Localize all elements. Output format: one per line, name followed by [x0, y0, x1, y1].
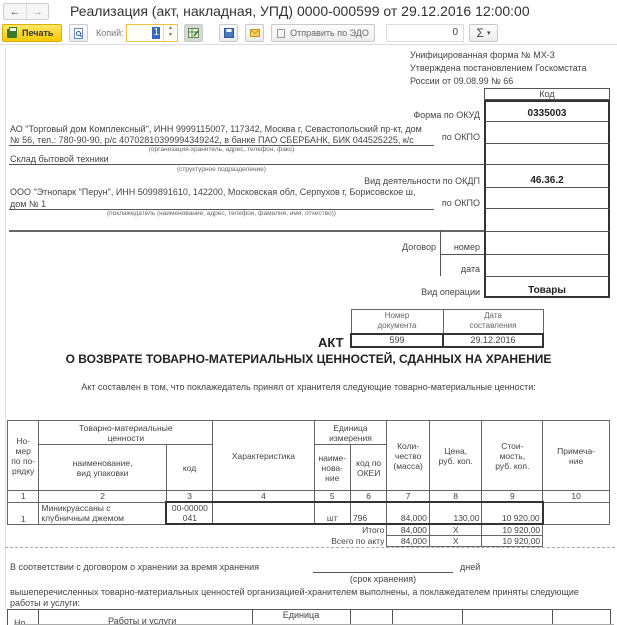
- table-row: 1 Миникруассаны склубничным джемом 00-00…: [8, 502, 610, 524]
- code-row-divider: [485, 187, 609, 188]
- services-line-2: работы и услуги:: [10, 598, 80, 608]
- doc-date-header: Датасоставления: [443, 310, 543, 334]
- operation-label: Вид операции: [380, 287, 480, 297]
- total-price: X: [429, 524, 482, 536]
- storage-text: В соответствии с договором о хранении за…: [10, 562, 259, 572]
- okdp-label: Вид деятельности по ОКДП: [300, 176, 480, 186]
- col-number: 7: [387, 491, 429, 503]
- grand-total-price: X: [429, 536, 482, 547]
- col-code-header: код: [166, 445, 213, 491]
- row-note: [543, 502, 610, 524]
- services-col-divider: [552, 609, 553, 625]
- col-cost-header: Стои-мость,руб. коп.: [482, 421, 543, 491]
- act-number-table: Номердокумента Датасоставления 599 29.12…: [350, 309, 544, 348]
- total-row: Итого 84,000 X 10 920,00: [8, 524, 610, 536]
- doc-date: 29.12.2016: [443, 334, 543, 347]
- section-divider: [9, 230, 484, 232]
- okud-value: 0335003: [484, 108, 610, 119]
- row-okei: 796: [350, 502, 386, 524]
- email-button[interactable]: [245, 24, 264, 42]
- contract-number-label: номер: [440, 242, 480, 252]
- services-unit-header: Единица: [252, 610, 350, 620]
- sum-button[interactable]: Σ▾: [469, 24, 498, 42]
- days-label: дней: [460, 562, 480, 572]
- act-intro: Акт составлен в том, что поклажедатель п…: [0, 382, 617, 392]
- depositor-line-2: дом № 1: [10, 199, 46, 209]
- keeper-line-1: АО "Торговый дом Комплексный", ИНН 99991…: [10, 124, 422, 134]
- row-cost: 10 920,00: [482, 502, 543, 524]
- form-approval-date-line: России от 09.08.99 № 66: [410, 76, 513, 86]
- row-num: 1: [8, 502, 39, 524]
- contract-row-divider: [440, 254, 484, 255]
- code-row-divider: [485, 121, 609, 122]
- col-unit-name-header: наиме-нова-ние: [314, 445, 350, 491]
- print-button[interactable]: Печать: [2, 24, 62, 42]
- grand-total-row: Всего по акту 84,000 X 10 920,00: [8, 536, 610, 547]
- page-break-line: [5, 547, 615, 548]
- document-left-edge: [5, 48, 6, 608]
- division-name: Склад бытовой техники: [10, 154, 109, 164]
- depositor-line-1: ООО "Этнопарк "Перун", ИНН 5099891610, 1…: [10, 187, 416, 197]
- floppy-disk-icon: [224, 28, 234, 38]
- goods-table: Но-мерпо по-рядку Товарно-материальныеце…: [7, 420, 610, 547]
- col-number: 10: [543, 491, 610, 503]
- okpo2-label: по ОКПО: [380, 198, 480, 208]
- col-num-header: Но-мерпо по-рядку: [8, 421, 39, 491]
- col-number: 1: [8, 491, 39, 503]
- col-characteristic-header: Характеристика: [213, 421, 314, 491]
- toolbar-divider: [0, 44, 617, 45]
- forward-button[interactable]: →: [26, 4, 48, 19]
- code-header: Код: [484, 89, 610, 99]
- column-numbers-row: 1 2 3 4 5 6 7 8 9 10: [8, 491, 610, 503]
- save-button[interactable]: [219, 24, 238, 42]
- copies-label: Копий:: [96, 28, 124, 38]
- col-tmc-header: Товарно-материальныеценности: [39, 421, 213, 445]
- navigation-buttons: ← →: [3, 3, 49, 20]
- col-name-header: наименование,вид упаковки: [39, 445, 166, 491]
- total-label: Итого: [8, 524, 387, 536]
- keeper-line-2: № 56, тел.: 780-90-90, р/с 4070281039999…: [10, 135, 414, 145]
- edit-toggle-button[interactable]: [184, 24, 203, 42]
- code-row-divider: [485, 231, 609, 232]
- row-price: 130,00: [429, 502, 482, 524]
- grand-total-label: Всего по акту: [8, 536, 387, 547]
- printer-icon: [7, 29, 17, 38]
- col-number: 3: [166, 491, 213, 503]
- empty-cell: [543, 524, 610, 536]
- doc-number: 599: [351, 334, 443, 347]
- row-code: 00-00000041: [166, 502, 213, 524]
- code-row-divider: [485, 208, 609, 209]
- col-okei-header: код поОКЕИ: [350, 445, 386, 491]
- edo-icon: [277, 29, 285, 38]
- chevron-down-icon: ▾: [487, 29, 491, 37]
- col-number: 8: [429, 491, 482, 503]
- arrow-left-icon: ←: [10, 6, 21, 18]
- edit-table-icon: [188, 28, 199, 38]
- contract-date-label: дата: [440, 264, 480, 274]
- row-unit: шт: [314, 502, 350, 524]
- division-caption: (структурное подразделение): [9, 166, 434, 173]
- row-characteristic: [213, 502, 314, 524]
- toolbar: Печать Копий: 1 ▴▾ Отправить по ЭДО 0 Σ▾: [0, 24, 617, 46]
- division-underline: [9, 164, 484, 165]
- col-number: 4: [213, 491, 314, 503]
- title-bar: ← → Реализация (акт, накладная, УПД) 000…: [0, 0, 617, 22]
- empty-cell: [543, 536, 610, 547]
- copies-input[interactable]: 1 ▴▾: [126, 24, 178, 42]
- act-subtitle: О ВОЗВРАТЕ ТОВАРНО-МАТЕРИАЛЬНЫХ ЦЕННОСТЕ…: [0, 352, 617, 366]
- copies-value: 1: [152, 27, 160, 39]
- window-title: Реализация (акт, накладная, УПД) 0000-00…: [70, 3, 530, 19]
- storage-term-line: [313, 572, 453, 573]
- col-qty-header: Коли-чество(масса): [387, 421, 429, 491]
- code-row-divider: [485, 164, 609, 165]
- grand-total-qty: 84,000: [387, 536, 429, 547]
- total-cost: 10 920,00: [482, 524, 543, 536]
- send-edo-label: Отправить по ЭДО: [290, 28, 369, 38]
- sigma-icon: Σ: [477, 26, 484, 40]
- code-row-divider: [485, 254, 609, 255]
- depositor-caption: (поклажедатель (наименование, адрес, тел…: [9, 210, 434, 217]
- print-label: Печать: [22, 28, 53, 38]
- col-note-header: Примеча-ние: [543, 421, 610, 491]
- total-qty: 84,000: [387, 524, 429, 536]
- col-unit-header: Единицаизмерения: [314, 421, 387, 445]
- okud-label: Форма по ОКУД: [380, 110, 480, 120]
- okdp-value: 46.36.2: [484, 175, 610, 186]
- services-col-divider: [462, 609, 463, 625]
- code-row-divider: [485, 276, 609, 277]
- col-price-header: Цена,руб. коп.: [429, 421, 482, 491]
- doc-number-header: Номердокумента: [351, 310, 443, 334]
- act-title: АКТ: [318, 335, 344, 350]
- services-col-divider: [38, 609, 39, 625]
- form-number-line: Унифицированная форма № МХ-3: [410, 50, 555, 60]
- keeper-caption: (организация-хранитель, адрес, телефон, …: [9, 146, 434, 153]
- sum-field: 0: [386, 24, 464, 42]
- services-col-divider: [350, 609, 351, 625]
- row-name: Миникруассаны склубничным джемом: [39, 502, 166, 524]
- code-row-divider: [485, 143, 609, 144]
- storage-caption: (срок хранения): [313, 574, 453, 584]
- form-approval-line: Утверждена постановлением Госкомстата: [410, 63, 587, 73]
- arrow-right-icon: →: [32, 6, 43, 18]
- services-line-1: вышеперечисленных товарно-материальных ц…: [10, 587, 579, 597]
- col-number: 2: [39, 491, 166, 503]
- magnifier-icon: [74, 28, 84, 39]
- col-number: 9: [482, 491, 543, 503]
- back-button[interactable]: ←: [4, 4, 26, 19]
- contract-label: Договор: [380, 242, 436, 252]
- print-form-document[interactable]: Унифицированная форма № МХ-3 Утверждена …: [0, 46, 617, 625]
- row-qty: 84,000: [387, 502, 429, 524]
- preview-button[interactable]: [69, 24, 88, 42]
- grand-total-cost: 10 920,00: [482, 536, 543, 547]
- code-column-box: [484, 100, 610, 298]
- copies-spinner[interactable]: ▴▾: [163, 25, 177, 41]
- envelope-icon: [250, 29, 260, 37]
- services-col-divider: [392, 609, 393, 625]
- col-number: 6: [350, 491, 386, 503]
- operation-value: Товары: [484, 285, 610, 296]
- col-number: 5: [314, 491, 350, 503]
- send-edo-button[interactable]: Отправить по ЭДО: [271, 24, 375, 42]
